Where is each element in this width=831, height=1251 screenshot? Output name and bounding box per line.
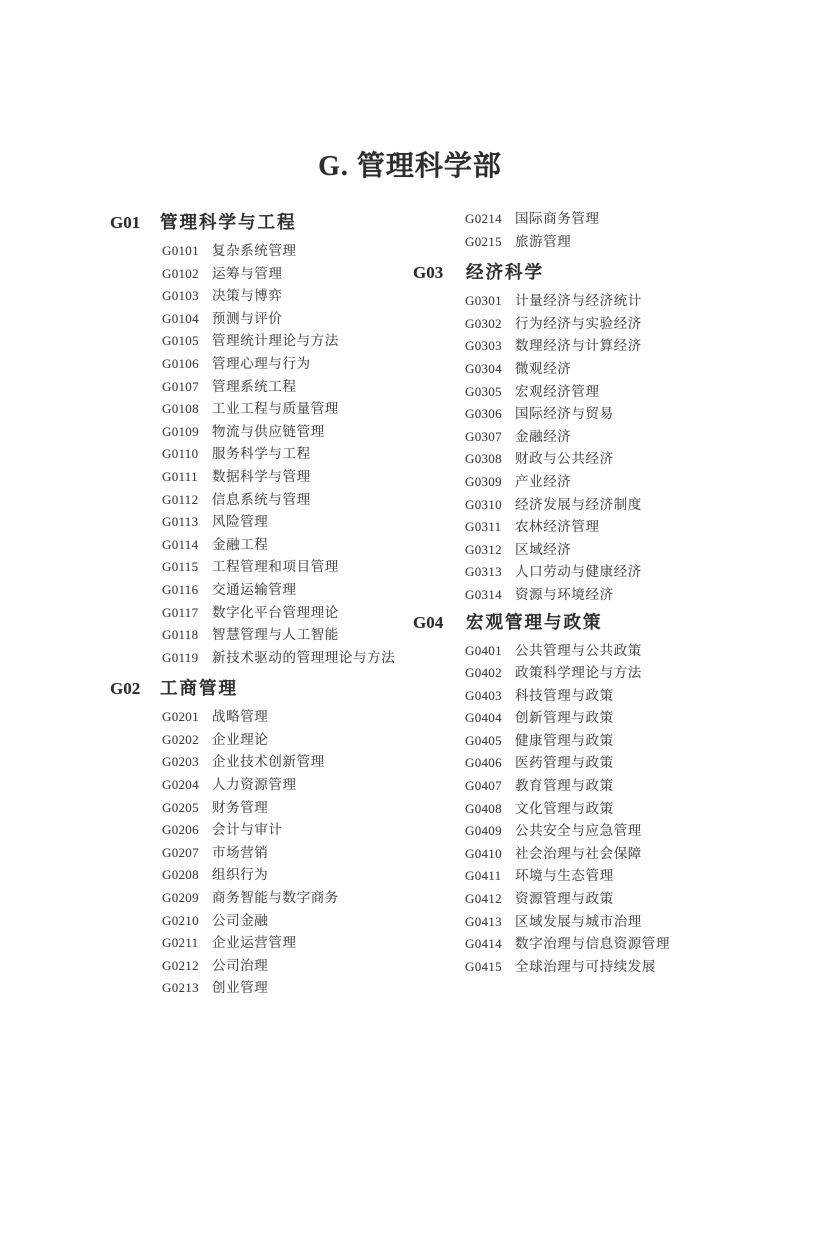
item-code: G0309 <box>465 471 515 494</box>
section-g04-items: G0401公共管理与公共政策 G0402政策科学理论与方法 G0403科技管理与… <box>413 640 793 979</box>
section-title: 宏观管理与政策 <box>466 612 603 632</box>
item-name: 交通运输管理 <box>212 582 297 597</box>
catalog-item: G0309产业经济 <box>413 471 793 494</box>
item-code: G0112 <box>162 489 212 512</box>
item-code: G0207 <box>162 842 212 865</box>
item-name: 复杂系统管理 <box>212 243 297 258</box>
item-name: 服务科学与工程 <box>212 446 311 461</box>
section-title: 经济科学 <box>466 262 544 282</box>
item-code: G0104 <box>162 308 212 331</box>
catalog-item: G0103决策与博弈 <box>110 285 440 308</box>
section-g03-items: G0301计量经济与经济统计 G0302行为经济与实验经济 G0303数理经济与… <box>413 290 793 606</box>
catalog-item: G0413区域发展与城市治理 <box>413 911 793 934</box>
item-code: G0204 <box>162 774 212 797</box>
item-name: 信息系统与管理 <box>212 492 311 507</box>
item-name: 宏观经济管理 <box>515 384 600 399</box>
item-code: G0108 <box>162 398 212 421</box>
right-column: G0214国际商务管理 G0215旅游管理 G03经济科学 G0301计量经济与… <box>413 203 793 978</box>
item-name: 人力资源管理 <box>212 777 297 792</box>
item-code: G0102 <box>162 263 212 286</box>
item-code: G0116 <box>162 579 212 602</box>
item-name: 政策科学理论与方法 <box>515 665 642 680</box>
catalog-item: G0403科技管理与政策 <box>413 685 793 708</box>
catalog-item: G0405健康管理与政策 <box>413 730 793 753</box>
item-name: 医药管理与政策 <box>515 755 614 770</box>
section-header-g04: G04宏观管理与政策 <box>413 609 793 635</box>
catalog-item: G0110服务科学与工程 <box>110 443 440 466</box>
item-name: 企业运营管理 <box>212 935 297 950</box>
item-code: G0402 <box>465 662 515 685</box>
item-name: 健康管理与政策 <box>515 733 614 748</box>
item-name: 管理心理与行为 <box>212 356 311 371</box>
section-code: G02 <box>110 676 160 702</box>
item-name: 预测与评价 <box>212 311 283 326</box>
section-header-g02: G02工商管理 <box>110 675 440 701</box>
catalog-item: G0311农林经济管理 <box>413 516 793 539</box>
item-code: G0107 <box>162 376 212 399</box>
item-code: G0212 <box>162 955 212 978</box>
item-name: 战略管理 <box>212 709 268 724</box>
catalog-item: G0202企业理论 <box>110 729 440 752</box>
item-name: 物流与供应链管理 <box>212 424 325 439</box>
catalog-item: G0107管理系统工程 <box>110 376 440 399</box>
item-code: G0306 <box>465 403 515 426</box>
item-name: 文化管理与政策 <box>515 801 614 816</box>
item-name: 企业理论 <box>212 732 268 747</box>
catalog-item: G0302行为经济与实验经济 <box>413 313 793 336</box>
item-code: G0412 <box>465 888 515 911</box>
catalog-item: G0106管理心理与行为 <box>110 353 440 376</box>
catalog-item: G0214国际商务管理 <box>413 208 793 231</box>
item-code: G0113 <box>162 511 212 534</box>
item-code: G0210 <box>162 910 212 933</box>
section-g02-items-left: G0201战略管理 G0202企业理论 G0203企业技术创新管理 G0204人… <box>110 706 440 1000</box>
item-code: G0307 <box>465 426 515 449</box>
item-code: G0115 <box>162 556 212 579</box>
catalog-item: G0203企业技术创新管理 <box>110 751 440 774</box>
item-name: 社会治理与社会保障 <box>515 846 642 861</box>
catalog-item: G0113风险管理 <box>110 511 440 534</box>
item-code: G0201 <box>162 706 212 729</box>
catalog-item: G0306国际经济与贸易 <box>413 403 793 426</box>
item-code: G0411 <box>465 865 515 888</box>
catalog-item: G0414数字治理与信息资源管理 <box>413 933 793 956</box>
catalog-item: G0304微观经济 <box>413 358 793 381</box>
catalog-item: G0402政策科学理论与方法 <box>413 662 793 685</box>
item-name: 创业管理 <box>212 980 268 995</box>
catalog-item: G0118智慧管理与人工智能 <box>110 624 440 647</box>
item-code: G0118 <box>162 624 212 647</box>
item-code: G0406 <box>465 752 515 775</box>
item-code: G0215 <box>465 231 515 254</box>
section-title: 工商管理 <box>160 678 238 698</box>
item-name: 管理统计理论与方法 <box>212 333 339 348</box>
item-name: 市场营销 <box>212 845 268 860</box>
page-title: G. 管理科学部 <box>0 150 820 184</box>
item-name: 资源管理与政策 <box>515 891 614 906</box>
catalog-item: G0111数据科学与管理 <box>110 466 440 489</box>
catalog-item: G0212公司治理 <box>110 955 440 978</box>
item-code: G0214 <box>465 208 515 231</box>
catalog-item: G0411环境与生态管理 <box>413 865 793 888</box>
catalog-item: G0308财政与公共经济 <box>413 448 793 471</box>
catalog-item: G0401公共管理与公共政策 <box>413 640 793 663</box>
section-code: G01 <box>110 210 160 236</box>
item-name: 科技管理与政策 <box>515 688 614 703</box>
catalog-item: G0208组织行为 <box>110 864 440 887</box>
catalog-item: G0215旅游管理 <box>413 231 793 254</box>
item-code: G0103 <box>162 285 212 308</box>
item-name: 数理经济与计算经济 <box>515 338 642 353</box>
item-name: 教育管理与政策 <box>515 778 614 793</box>
two-column-layout: G01管理科学与工程 G0101复杂系统管理 G0102运筹与管理 G0103决… <box>0 203 831 1103</box>
item-name: 财务管理 <box>212 800 268 815</box>
catalog-item: G0409公共安全与应急管理 <box>413 820 793 843</box>
item-name: 商务智能与数字商务 <box>212 890 339 905</box>
item-code: G0208 <box>162 864 212 887</box>
catalog-item: G0415全球治理与可持续发展 <box>413 956 793 979</box>
item-name: 国际经济与贸易 <box>515 406 614 421</box>
catalog-item: G0303数理经济与计算经济 <box>413 335 793 358</box>
catalog-item: G0209商务智能与数字商务 <box>110 887 440 910</box>
catalog-item: G0404创新管理与政策 <box>413 707 793 730</box>
item-name: 企业技术创新管理 <box>212 754 325 769</box>
catalog-item: G0104预测与评价 <box>110 308 440 331</box>
item-name: 公共安全与应急管理 <box>515 823 642 838</box>
item-code: G0211 <box>162 932 212 955</box>
item-code: G0407 <box>465 775 515 798</box>
item-name: 金融经济 <box>515 429 571 444</box>
catalog-item: G0213创业管理 <box>110 977 440 1000</box>
item-name: 工程管理和项目管理 <box>212 559 339 574</box>
item-code: G0401 <box>465 640 515 663</box>
catalog-item: G0201战略管理 <box>110 706 440 729</box>
item-name: 会计与审计 <box>212 822 283 837</box>
catalog-item: G0109物流与供应链管理 <box>110 421 440 444</box>
catalog-item: G0116交通运输管理 <box>110 579 440 602</box>
item-code: G0202 <box>162 729 212 752</box>
section-header-g01: G01管理科学与工程 <box>110 209 440 235</box>
item-name: 环境与生态管理 <box>515 868 614 883</box>
item-name: 全球治理与可持续发展 <box>515 959 656 974</box>
item-name: 智慧管理与人工智能 <box>212 627 339 642</box>
item-code: G0314 <box>465 584 515 607</box>
catalog-item: G0301计量经济与经济统计 <box>413 290 793 313</box>
item-code: G0305 <box>465 381 515 404</box>
item-code: G0312 <box>465 539 515 562</box>
item-name: 计量经济与经济统计 <box>515 293 642 308</box>
item-name: 数字化平台管理理论 <box>212 605 339 620</box>
item-name: 旅游管理 <box>515 234 571 249</box>
catalog-item: G0410社会治理与社会保障 <box>413 843 793 866</box>
catalog-item: G0211企业运营管理 <box>110 932 440 955</box>
item-name: 风险管理 <box>212 514 268 529</box>
item-code: G0109 <box>162 421 212 444</box>
catalog-item: G0312区域经济 <box>413 539 793 562</box>
item-code: G0203 <box>162 751 212 774</box>
item-code: G0414 <box>465 933 515 956</box>
section-code: G03 <box>413 260 466 286</box>
item-name: 公司金融 <box>212 913 268 928</box>
catalog-item: G0406医药管理与政策 <box>413 752 793 775</box>
item-code: G0313 <box>465 561 515 584</box>
item-code: G0410 <box>465 843 515 866</box>
catalog-item: G0105管理统计理论与方法 <box>110 330 440 353</box>
catalog-item: G0313人口劳动与健康经济 <box>413 561 793 584</box>
catalog-item: G0102运筹与管理 <box>110 263 440 286</box>
section-code: G04 <box>413 610 466 636</box>
catalog-item: G0112信息系统与管理 <box>110 489 440 512</box>
left-column: G01管理科学与工程 G0101复杂系统管理 G0102运筹与管理 G0103决… <box>110 203 440 1000</box>
item-name: 区域发展与城市治理 <box>515 914 642 929</box>
item-name: 新技术驱动的管理理论与方法 <box>212 650 395 665</box>
item-code: G0111 <box>162 466 212 489</box>
catalog-item: G0305宏观经济管理 <box>413 381 793 404</box>
catalog-item: G0204人力资源管理 <box>110 774 440 797</box>
catalog-item: G0407教育管理与政策 <box>413 775 793 798</box>
item-name: 国际商务管理 <box>515 211 600 226</box>
item-name: 财政与公共经济 <box>515 451 614 466</box>
catalog-item: G0210公司金融 <box>110 910 440 933</box>
catalog-item: G0117数字化平台管理理论 <box>110 602 440 625</box>
item-code: G0213 <box>162 977 212 1000</box>
item-code: G0119 <box>162 647 212 670</box>
catalog-item: G0205财务管理 <box>110 797 440 820</box>
item-code: G0302 <box>465 313 515 336</box>
item-name: 经济发展与经济制度 <box>515 497 642 512</box>
item-code: G0413 <box>465 911 515 934</box>
item-name: 行为经济与实验经济 <box>515 316 642 331</box>
catalog-item: G0408文化管理与政策 <box>413 798 793 821</box>
item-code: G0311 <box>465 516 515 539</box>
item-name: 产业经济 <box>515 474 571 489</box>
item-name: 决策与博弈 <box>212 288 283 303</box>
item-name: 公共管理与公共政策 <box>515 643 642 658</box>
item-name: 公司治理 <box>212 958 268 973</box>
catalog-item: G0114金融工程 <box>110 534 440 557</box>
item-code: G0405 <box>465 730 515 753</box>
item-name: 人口劳动与健康经济 <box>515 564 642 579</box>
catalog-item: G0119新技术驱动的管理理论与方法 <box>110 647 440 670</box>
item-code: G0101 <box>162 240 212 263</box>
item-code: G0205 <box>162 797 212 820</box>
catalog-item: G0206会计与审计 <box>110 819 440 842</box>
item-code: G0415 <box>465 956 515 979</box>
catalog-item: G0101复杂系统管理 <box>110 240 440 263</box>
item-code: G0403 <box>465 685 515 708</box>
section-g02-items-continued: G0214国际商务管理 G0215旅游管理 <box>413 208 793 253</box>
catalog-item: G0108工业工程与质量管理 <box>110 398 440 421</box>
catalog-item: G0314资源与环境经济 <box>413 584 793 607</box>
catalog-item: G0115工程管理和项目管理 <box>110 556 440 579</box>
item-code: G0304 <box>465 358 515 381</box>
catalog-item: G0307金融经济 <box>413 426 793 449</box>
item-name: 微观经济 <box>515 361 571 376</box>
item-code: G0409 <box>465 820 515 843</box>
item-name: 工业工程与质量管理 <box>212 401 339 416</box>
item-name: 金融工程 <box>212 537 268 552</box>
item-name: 组织行为 <box>212 867 268 882</box>
item-code: G0209 <box>162 887 212 910</box>
catalog-item: G0207市场营销 <box>110 842 440 865</box>
catalog-item: G0310经济发展与经济制度 <box>413 494 793 517</box>
section-title: 管理科学与工程 <box>160 212 297 232</box>
item-code: G0404 <box>465 707 515 730</box>
document-page: G. 管理科学部 G01管理科学与工程 G0101复杂系统管理 G0102运筹与… <box>0 0 831 1251</box>
item-name: 农林经济管理 <box>515 519 600 534</box>
section-g01-items: G0101复杂系统管理 G0102运筹与管理 G0103决策与博弈 G0104预… <box>110 240 440 669</box>
item-name: 创新管理与政策 <box>515 710 614 725</box>
item-name: 管理系统工程 <box>212 379 297 394</box>
catalog-item: G0412资源管理与政策 <box>413 888 793 911</box>
item-code: G0117 <box>162 602 212 625</box>
item-name: 资源与环境经济 <box>515 587 614 602</box>
item-code: G0206 <box>162 819 212 842</box>
item-code: G0303 <box>465 335 515 358</box>
item-code: G0308 <box>465 448 515 471</box>
item-name: 数字治理与信息资源管理 <box>515 936 670 951</box>
item-name: 区域经济 <box>515 542 571 557</box>
item-code: G0106 <box>162 353 212 376</box>
item-code: G0301 <box>465 290 515 313</box>
item-code: G0114 <box>162 534 212 557</box>
item-name: 运筹与管理 <box>212 266 283 281</box>
item-code: G0310 <box>465 494 515 517</box>
item-code: G0408 <box>465 798 515 821</box>
item-code: G0110 <box>162 443 212 466</box>
item-code: G0105 <box>162 330 212 353</box>
item-name: 数据科学与管理 <box>212 469 311 484</box>
section-header-g03: G03经济科学 <box>413 259 793 285</box>
